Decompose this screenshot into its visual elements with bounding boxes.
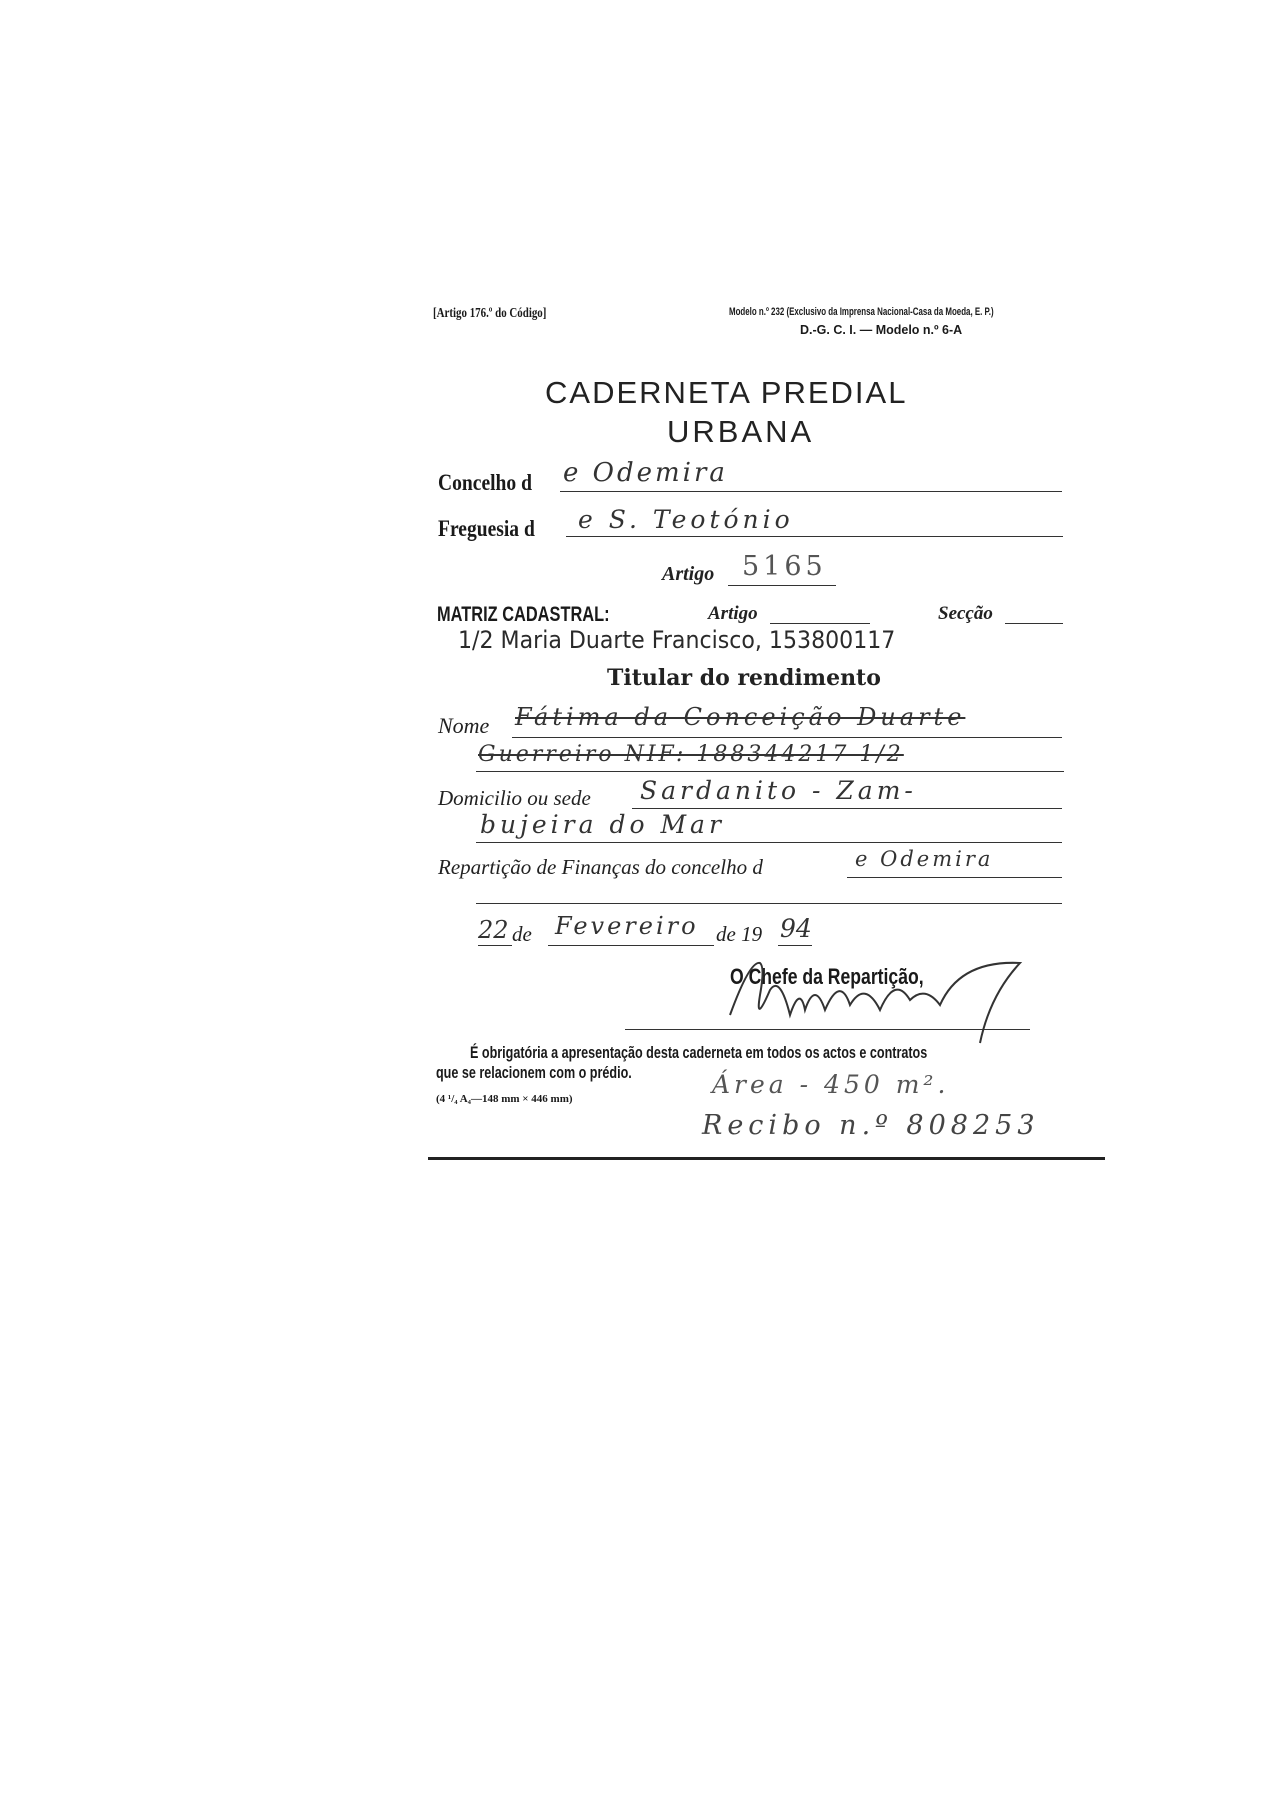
- signature: [720, 955, 1040, 1045]
- model-line-1: Modelo n.º 232 (Exclusivo da Imprensa Na…: [729, 306, 994, 318]
- document-subtitle: URBANA: [667, 414, 814, 450]
- signature-line: [625, 1029, 1030, 1030]
- titular-heading: Titular do rendimento: [607, 665, 881, 691]
- date-year-line: [778, 945, 812, 946]
- nome-line-1: [512, 737, 1062, 738]
- holder-annotation[interactable]: 1/2 Maria Duarte Francisco, 153800117: [458, 626, 895, 654]
- date-day-line: [478, 945, 512, 946]
- freguesia-line: [566, 536, 1063, 537]
- date-de-1: de: [512, 922, 532, 947]
- freguesia-value[interactable]: e S. Teotónio: [578, 505, 794, 534]
- seccao-line: [1005, 623, 1063, 624]
- freguesia-label: Freguesia d: [438, 516, 535, 542]
- concelho-value[interactable]: e Odemira: [563, 458, 728, 488]
- artigo-value[interactable]: 5165: [742, 551, 827, 582]
- reparticao-label: Repartição de Finanças do concelho d: [438, 855, 763, 880]
- artigo-line: [728, 585, 836, 586]
- domicilio-line-2: [476, 842, 1062, 843]
- matriz-artigo-label: Artigo: [708, 603, 758, 625]
- matriz-artigo-line: [770, 623, 870, 624]
- domicilio-value-line-1[interactable]: Sardanito - Zam-: [640, 776, 917, 805]
- nome-value-line-1[interactable]: Fátima da Conceição Duarte: [515, 703, 965, 731]
- nome-line-2: [476, 771, 1064, 772]
- domicilio-line-1: [632, 808, 1062, 809]
- nome-value-line-2[interactable]: Guerreiro NIF: 188344217 1/2: [478, 742, 904, 767]
- domicilio-label: Domicilio ou sede: [438, 786, 591, 811]
- date-month[interactable]: Fevereiro: [555, 912, 699, 940]
- reparticao-line: [847, 877, 1062, 878]
- document-title: CADERNETA PREDIAL: [545, 375, 907, 411]
- code-reference: [Artigo 176.º do Código]: [433, 306, 546, 322]
- date-de-2: de 19: [716, 922, 762, 947]
- concelho-line: [560, 491, 1062, 492]
- concelho-label: Concelho d: [438, 470, 532, 496]
- artigo-label: Artigo: [662, 563, 714, 586]
- model-line-2: D.-G. C. I. — Modelo n.º 6-A: [800, 323, 962, 337]
- handwritten-note-area: Área - 450 m².: [712, 1070, 949, 1099]
- domicilio-value-line-2[interactable]: bujeira do Mar: [480, 810, 725, 839]
- nome-label: Nome: [438, 713, 489, 739]
- notice-line-1: É obrigatória a apresentação desta cader…: [470, 1043, 927, 1063]
- reparticao-value[interactable]: e Odemira: [855, 847, 993, 871]
- date-year[interactable]: 94: [780, 914, 812, 943]
- seccao-label: Secção: [938, 603, 993, 625]
- date-month-line: [548, 945, 714, 946]
- document-bottom-edge: [428, 1157, 1105, 1160]
- dimensions: (4 ¹/₄ A₄—148 mm × 446 mm): [436, 1093, 573, 1105]
- date-day[interactable]: 22: [478, 916, 509, 944]
- matriz-cadastral-label: MATRIZ CADASTRAL:: [437, 603, 610, 627]
- handwritten-note-receipt: Recibo n.º 808253: [702, 1110, 1040, 1141]
- notice-line-2: que se relacionem com o prédio.: [436, 1063, 632, 1083]
- blank-line: [476, 903, 1062, 904]
